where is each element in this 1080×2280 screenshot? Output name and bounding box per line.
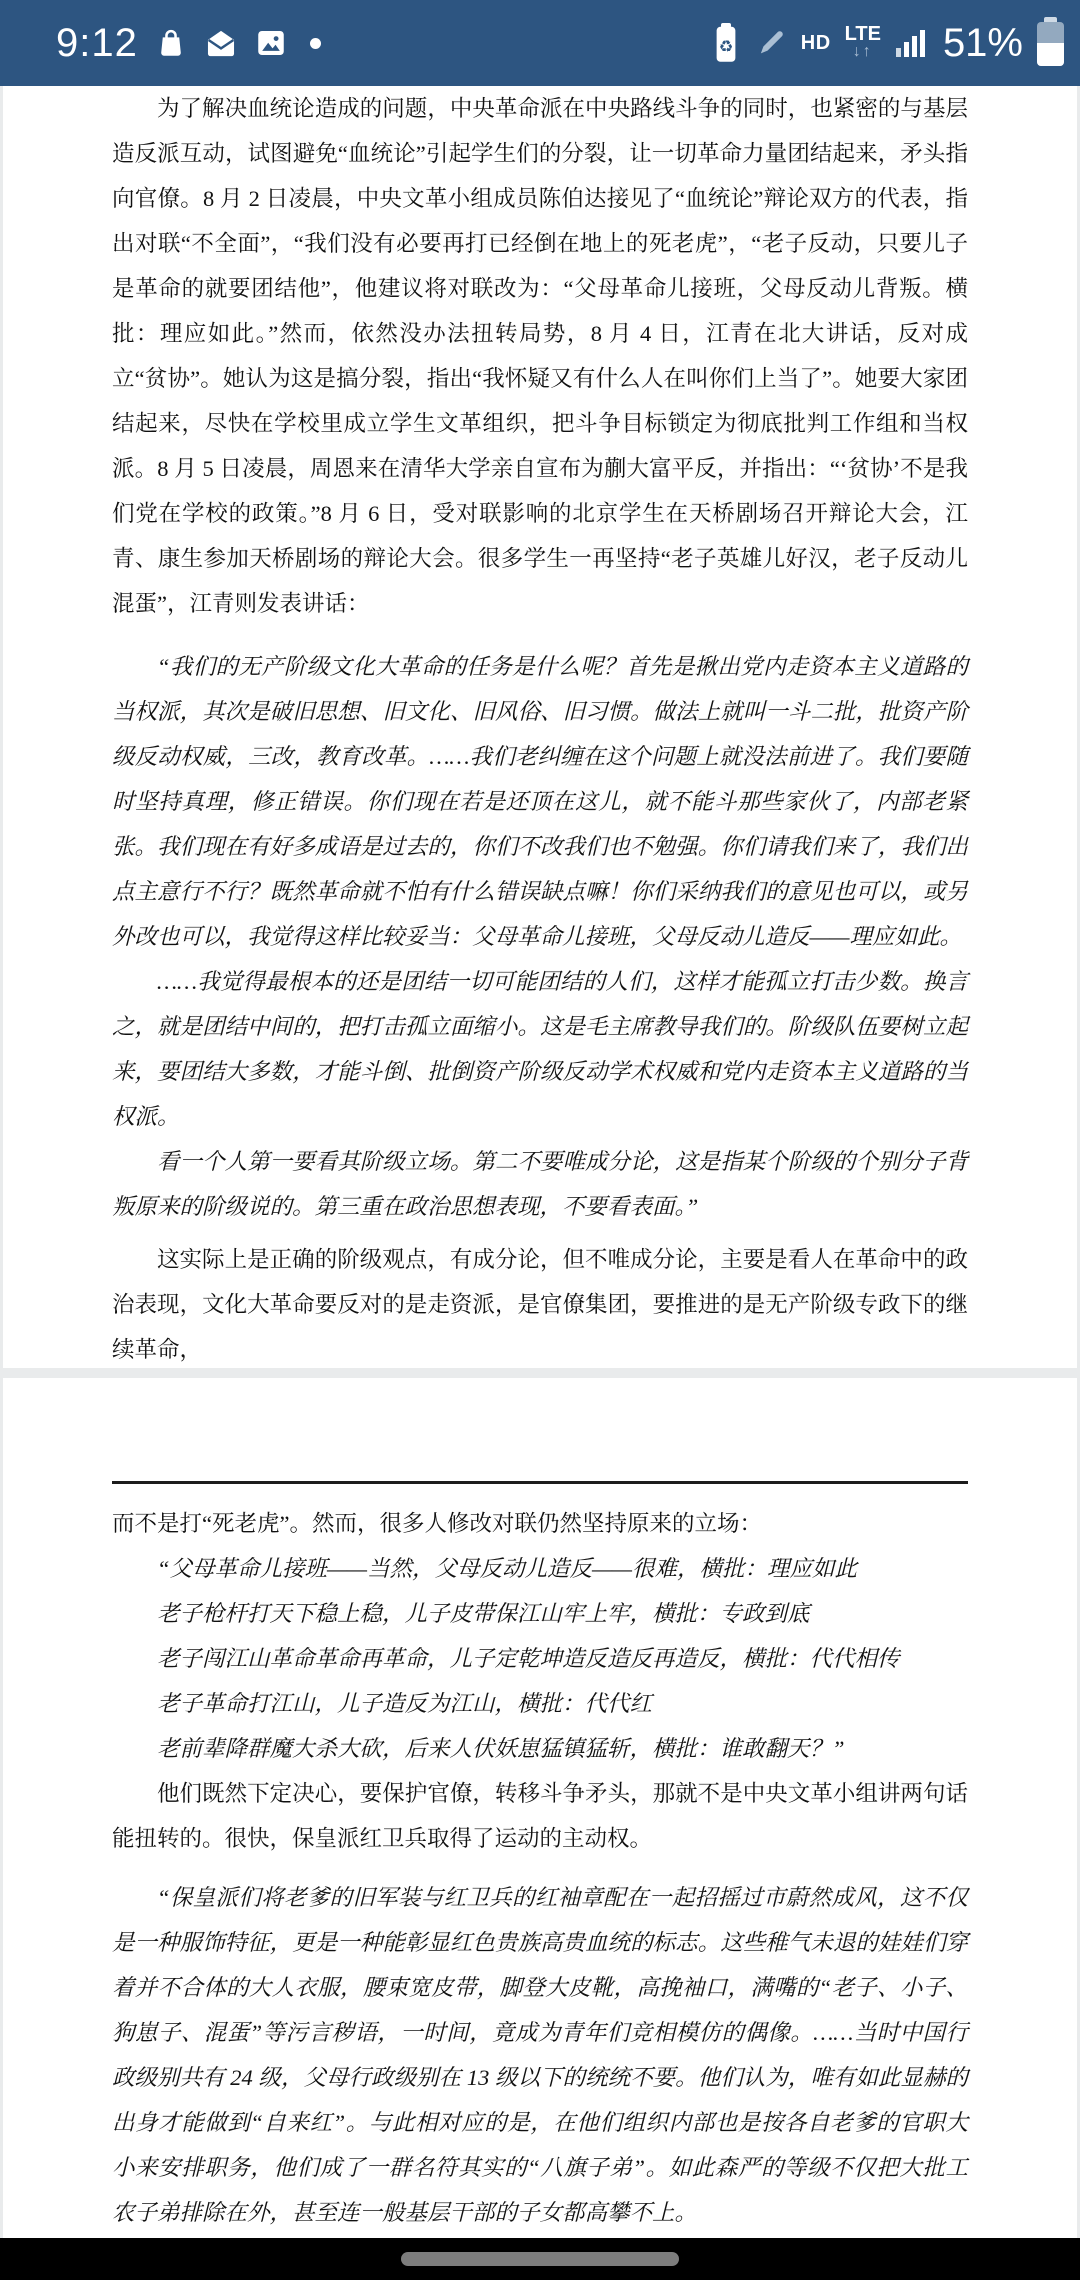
couplet-line: 老前辈降群魔大杀大砍，后来人伏妖崽猛镇猛斩，横批：谁敢翻天？” [112,1726,968,1771]
clock: 9:12 [56,21,138,66]
home-indicator[interactable] [401,2252,679,2266]
status-bar-system: ♻ HD LTE ↓↑ 51% [711,17,1064,69]
navigation-bar [0,2238,1080,2280]
battery-percent: 51% [943,21,1023,66]
paragraph: 而不是打“死老虎”。然而，很多人修改对联仍然坚持原来的立场： [112,1501,968,1546]
gallery-icon [254,26,288,60]
status-bar: 9:12 ♻ [0,0,1080,86]
hd-badge: HD [801,32,831,55]
more-notifications-dot [310,38,321,49]
paragraph: 他们既然下定决心，要保护官僚，转移斗争矛头，那就不是中央文革小组讲两句话能扭转的… [112,1771,968,1861]
bag-icon [154,26,188,60]
document-viewer[interactable]: 为了解决血统论造成的问题，中央革命派在中央路线斗争的同时，也紧密的与基层造反派互… [0,86,1080,2238]
quote-paragraph: “我们的无产阶级文化大革命的任务是什么呢？首先是揪出党内走资本主义道路的当权派，… [112,644,968,959]
couplet-line: 老子闯江山革命革命再革命，儿子定乾坤造反造反再造反，横批：代代相传 [112,1636,968,1681]
quote-paragraph: 看一个人第一要看其阶级立场。第二不要唯成分论，这是指某个阶级的个别分子背叛原来的… [112,1139,968,1229]
battery-saver-icon: ♻ [711,20,741,66]
svg-text:♻: ♻ [718,37,733,56]
lte-label: LTE [845,25,881,43]
signal-strength-icon [895,27,929,59]
document-page-159: 而不是打“死老虎”。然而，很多人修改对联仍然坚持原来的立场： “父母革命儿接班—… [3,1378,1077,2238]
couplet-line: “父母革命儿接班——当然，父母反动儿造反——很难，横批：理应如此 [112,1546,968,1591]
mail-icon [204,26,238,60]
couplet-line: 老子革命打江山，儿子造反为江山，横批：代代红 [112,1681,968,1726]
couplet-line: 老子枪杆打天下稳上稳，儿子皮带保江山牢上牢，横批：专政到底 [112,1591,968,1636]
status-bar-notifications: 9:12 [56,21,321,66]
stylus-icon [755,27,787,59]
lte-badge: LTE ↓↑ [845,25,881,61]
quote-paragraph: “保皇派们将老爹的旧军装与红卫兵的红袖章配在一起招摇过市蔚然成风，这不仅是一种服… [112,1875,968,2235]
page-separator [3,1368,1077,1378]
paragraph: 这实际上是正确的阶级观点，有成分论，但不唯成分论，主要是看人在革命中的政治表现，… [112,1237,968,1368]
battery-icon [1037,17,1064,69]
paragraph: 为了解决血统论造成的问题，中央革命派在中央路线斗争的同时，也紧密的与基层造反派互… [112,86,968,626]
network-arrows-icon: ↓↑ [853,43,873,61]
content-rule [112,1481,968,1484]
quote-paragraph: ……我觉得最根本的还是团结一切可能团结的人们，这样才能孤立打击少数。换言之，就是… [112,959,968,1139]
document-page-158: 为了解决血统论造成的问题，中央革命派在中央路线斗争的同时，也紧密的与基层造反派互… [3,86,1077,1368]
